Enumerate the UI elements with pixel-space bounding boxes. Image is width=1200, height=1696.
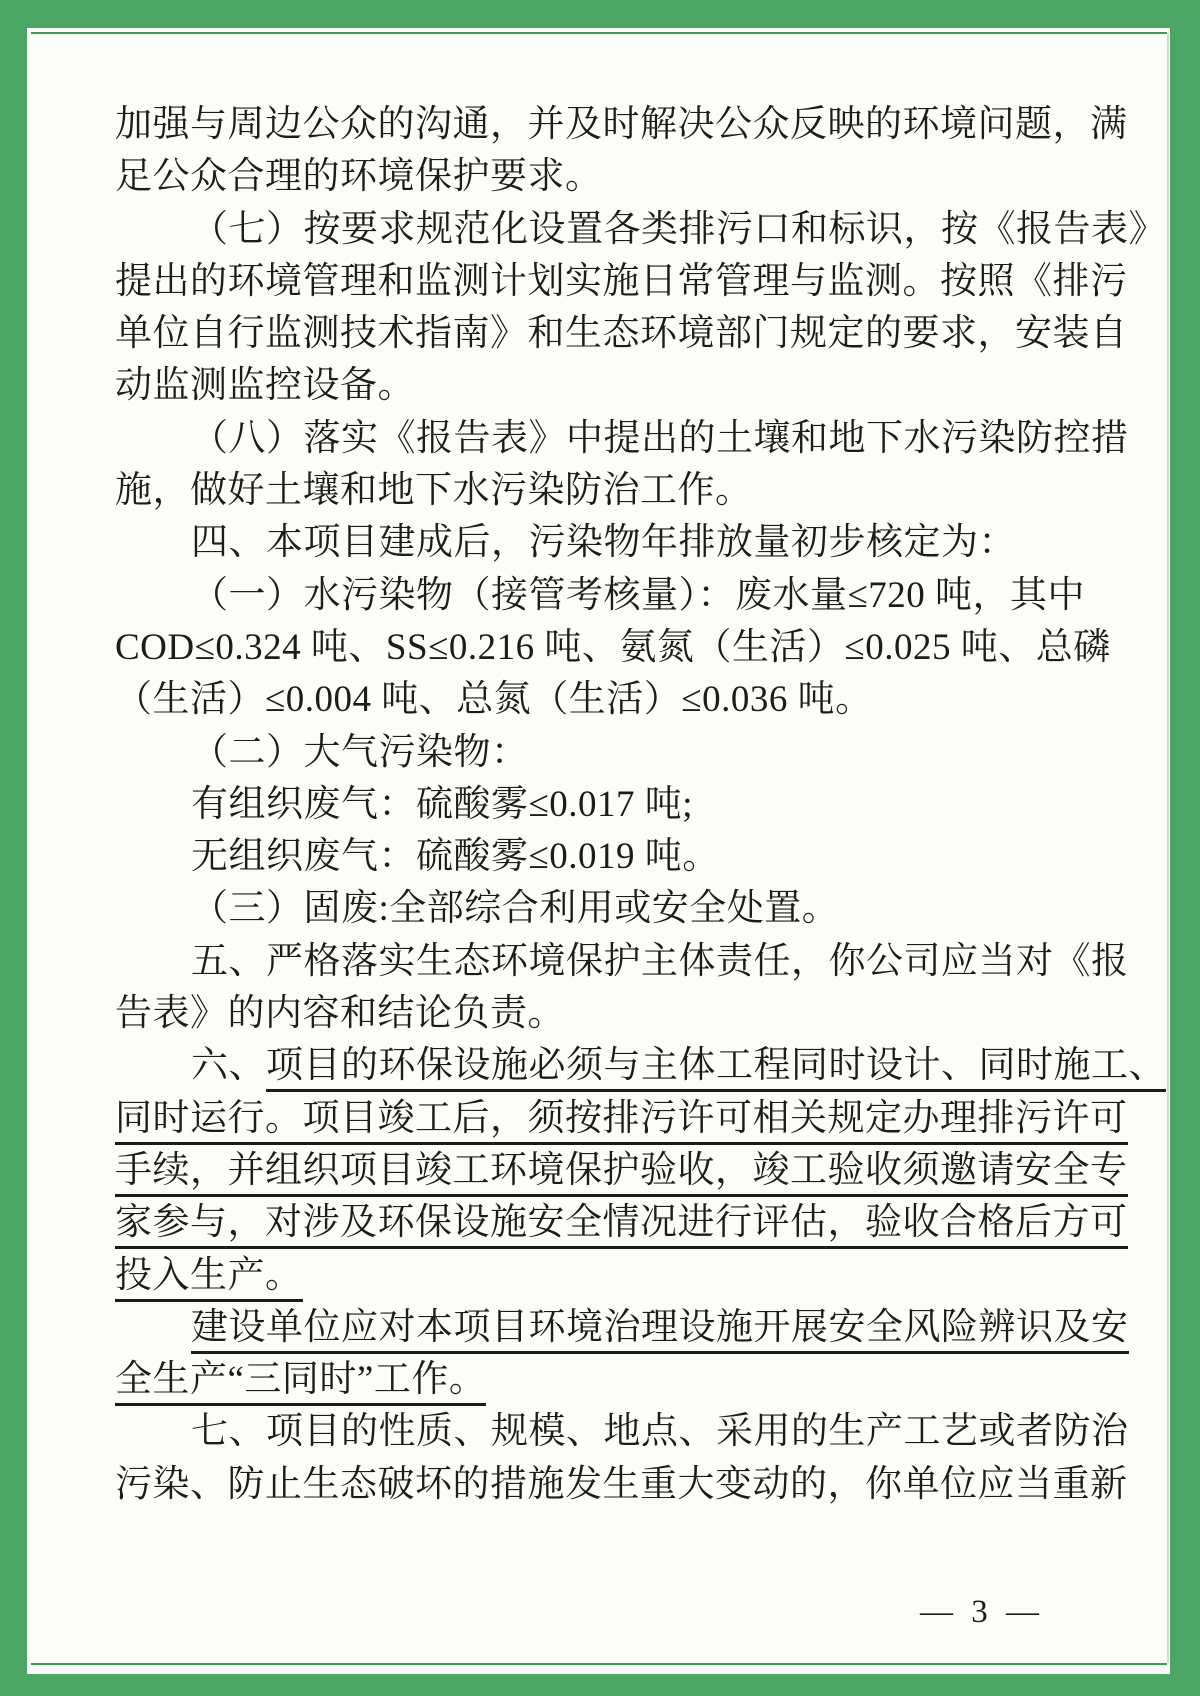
text: 动监测监控设备。 [115, 365, 415, 406]
text: 单位自行监测技术指南》和生态环境部门规定的要求，安装自 [115, 313, 1128, 354]
document-line: 有组织废气：硫酸雾≤0.017 吨; [115, 779, 1100, 831]
text: （生活）≤0.004 吨、总氮（生活）≤0.036 吨。 [115, 679, 873, 720]
text: 污染、防止生态破坏的措施发生重大变动的，你单位应当重新 [115, 1464, 1128, 1505]
document-line: （八）落实《报告表》中提出的土壤和地下水污染防控措 [115, 413, 1100, 465]
document-line: 建设单位应对本项目环境治理设施开展安全风险辨识及安 [115, 1302, 1100, 1354]
document-line: 同时运行。项目竣工后，须按排污许可相关规定办理排污许可 [115, 1093, 1100, 1145]
border-band-bottom [0, 1674, 1200, 1696]
document-line: 动监测监控设备。 [115, 360, 1100, 412]
document-line: 手续，并组织项目竣工环境保护验收，竣工验收须邀请安全专 [115, 1145, 1100, 1197]
underlined-text: 投入生产。 [115, 1255, 303, 1302]
text: 四、本项目建成后，污染物年排放量初步核定为： [191, 522, 1016, 563]
document-line: 告表》的内容和结论负责。 [115, 988, 1100, 1040]
text: 提出的环境管理和监测计划实施日常管理与监测。按照《排污 [115, 261, 1128, 302]
text: 有组织废气：硫酸雾≤0.017 吨; [191, 784, 693, 825]
text: （二）大气污染物： [191, 732, 529, 773]
page-number: — 3 — [920, 1594, 1044, 1631]
underlined-text: 项目的环保设施必须与主体工程同时设计、同时施工、 [266, 1045, 1166, 1092]
document-line: 污染、防止生态破坏的措施发生重大变动的，你单位应当重新 [115, 1459, 1100, 1511]
text: 七、项目的性质、规模、地点、采用的生产工艺或者防治 [191, 1411, 1129, 1452]
underlined-text: 建设单位应对本项目环境治理设施开展安全风险辨识及安 [191, 1307, 1129, 1354]
border-pinstripe-top [31, 32, 1167, 34]
document-line: 提出的环境管理和监测计划实施日常管理与监测。按照《排污 [115, 256, 1100, 308]
text: （三）固废:全部综合利用或安全处置。 [191, 888, 839, 929]
underlined-text: 全生产“三同时”工作。 [115, 1359, 486, 1406]
document-line: （一）水污染物（接管考核量）：废水量≤720 吨，其中 [115, 570, 1100, 622]
document-line: 足公众合理的环境保护要求。 [115, 151, 1100, 203]
underlined-text: 同时运行。项目竣工后，须按排污许可相关规定办理排污许可 [115, 1098, 1128, 1145]
document-line: 全生产“三同时”工作。 [115, 1354, 1100, 1406]
paper-edge-shadow [1167, 33, 1169, 1663]
underlined-text: 家参与，对涉及环保设施安全情况进行评估，验收合格后方可 [115, 1202, 1128, 1249]
document-line: 六、项目的环保设施必须与主体工程同时设计、同时施工、 [115, 1040, 1100, 1092]
document-line: 四、本项目建成后，污染物年排放量初步核定为： [115, 517, 1100, 569]
text: （一）水污染物（接管考核量）：废水量≤720 吨，其中 [191, 575, 1085, 616]
underlined-text: 手续，并组织项目竣工环境保护验收，竣工验收须邀请安全专 [115, 1150, 1128, 1197]
document-line: 七、项目的性质、规模、地点、采用的生产工艺或者防治 [115, 1406, 1100, 1458]
document-body: 加强与周边公众的沟通，并及时解决公众反映的环境问题，满足公众合理的环境保护要求。… [115, 99, 1100, 1511]
document-line: 施，做好土壤和地下水污染防治工作。 [115, 465, 1100, 517]
text: （七）按要求规范化设置各类排污口和标识，按《报告表》 [191, 209, 1166, 250]
text: 五、严格落实生态环境保护主体责任，你公司应当对《报 [191, 941, 1129, 982]
document-line: 五、严格落实生态环境保护主体责任，你公司应当对《报 [115, 936, 1100, 988]
document-line: （生活）≤0.004 吨、总氮（生活）≤0.036 吨。 [115, 674, 1100, 726]
document-line: COD≤0.324 吨、SS≤0.216 吨、氨氮（生活）≤0.025 吨、总磷 [115, 622, 1100, 674]
document-line: 单位自行监测技术指南》和生态环境部门规定的要求，安装自 [115, 308, 1100, 360]
border-band-left [0, 0, 27, 1696]
text: COD≤0.324 吨、SS≤0.216 吨、氨氮（生活）≤0.025 吨、总磷 [115, 627, 1111, 668]
document-page: 加强与周边公众的沟通，并及时解决公众反映的环境问题，满足公众合理的环境保护要求。… [0, 0, 1200, 1696]
text: 六、 [191, 1045, 266, 1086]
border-pinstripe-bottom [31, 1663, 1167, 1665]
border-band-right [1170, 0, 1200, 1696]
text: 加强与周边公众的沟通，并及时解决公众反映的环境问题，满 [115, 104, 1128, 145]
text: 告表》的内容和结论负责。 [115, 993, 565, 1034]
document-line: （三）固废:全部综合利用或安全处置。 [115, 883, 1100, 935]
document-line: （二）大气污染物： [115, 727, 1100, 779]
document-line: 加强与周边公众的沟通，并及时解决公众反映的环境问题，满 [115, 99, 1100, 151]
text: 足公众合理的环境保护要求。 [115, 156, 603, 197]
border-band-top [0, 0, 1200, 28]
document-line: 家参与，对涉及环保设施安全情况进行评估，验收合格后方可 [115, 1197, 1100, 1249]
document-line: （七）按要求规范化设置各类排污口和标识，按《报告表》 [115, 204, 1100, 256]
text: 无组织废气：硫酸雾≤0.019 吨。 [191, 836, 720, 877]
text: （八）落实《报告表》中提出的土壤和地下水污染防控措 [191, 418, 1129, 459]
text: 施，做好土壤和地下水污染防治工作。 [115, 470, 753, 511]
document-line: 投入生产。 [115, 1250, 1100, 1302]
document-line: 无组织废气：硫酸雾≤0.019 吨。 [115, 831, 1100, 883]
